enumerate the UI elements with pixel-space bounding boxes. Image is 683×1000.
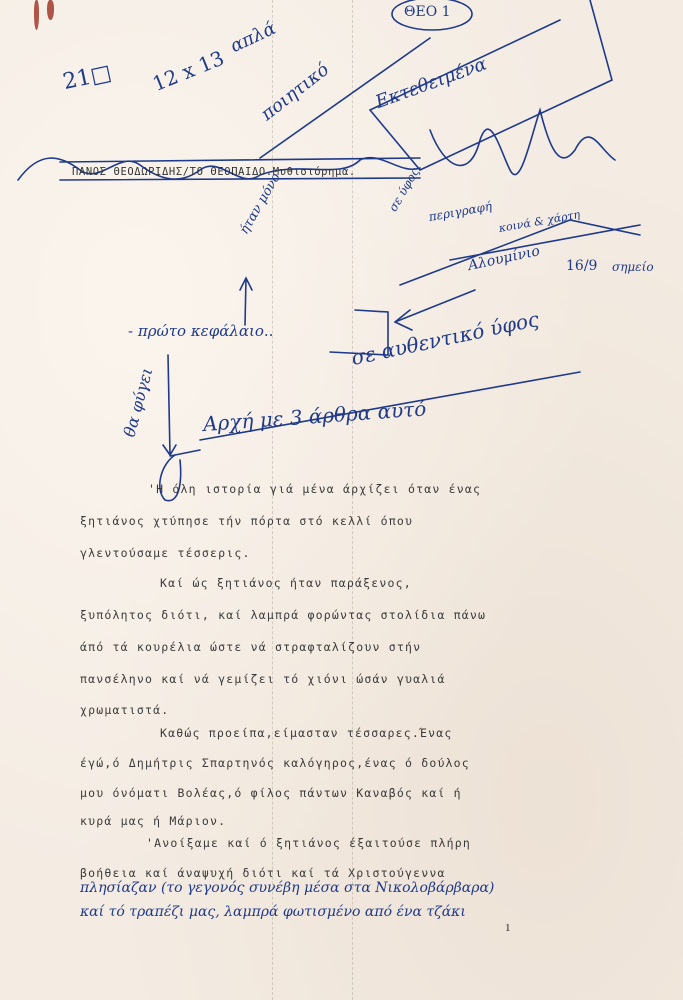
typed-line: ξυπόλητος διότι, καί λαμπρά φορώντας στο… <box>80 608 510 622</box>
margin-note: περιγραφή <box>428 199 493 224</box>
typed-line: άπό τά κουρέλια ώστε νά στραφταλίζουν στ… <box>80 640 510 654</box>
page-count-note: 21□ <box>61 60 114 95</box>
vertical-note: θα φύγει <box>120 366 157 439</box>
typed-line: κυρά μας ή Μάριον. <box>80 814 510 828</box>
typed-line: 'Ανοίξαμε καί ό ξητιάνος έξαιτούσε πλήρη <box>146 836 576 850</box>
typed-line: πανσέληνο καί νά γεμίζει τό χιόνι ώσάν γ… <box>80 672 510 686</box>
typed-line: Καθώς προείπα,είμασταν τέσσαρες.Ένας <box>160 726 590 740</box>
page-number: 1 <box>505 922 511 934</box>
fold-line <box>272 0 273 1000</box>
typed-line: χρωματιστά. <box>80 703 510 717</box>
dimensions-note: 12 x 13 <box>149 46 227 96</box>
handwritten-line: πλησίαζαν (το γεγονός συνέβη μέσα στα Νι… <box>80 880 494 896</box>
typed-line: έγώ,ό Δημήτρις Σπαρτηνός καλόγηρος,ένας … <box>80 756 510 770</box>
margin-date: 16/9 <box>566 258 597 274</box>
typed-line: γλεντούσαμε τέσσερις. <box>80 546 510 560</box>
typed-line: ξητιάνος χτύπησε τήν πόρτα στό κελλί όπο… <box>80 514 510 528</box>
circled-code: ΘΕΟ 1 <box>404 4 451 20</box>
handwritten-line: καί τό τραπέζι μας, λαμπρά φωτισμένο από… <box>80 904 466 920</box>
ink-stain <box>34 0 39 30</box>
manuscript-page: ΘΕΟ 1 21□ 12 x 13 απλά ποιητικό Εκτεθειμ… <box>0 0 683 1000</box>
chapter-note: - πρώτο κεφάλαιο.. <box>128 322 273 340</box>
handwritten-strokes <box>0 0 683 1000</box>
poetic-note: ποιητικό <box>257 59 333 125</box>
arrow-up-note: ήταν μόνο <box>237 171 284 237</box>
boxed-scribble: Εκτεθειμένα <box>373 53 490 113</box>
fold-line <box>352 0 353 1000</box>
margin-note: Αλουμίνιο <box>467 243 542 274</box>
style-note: σε αυθεντικό ύφος <box>349 307 541 370</box>
ink-stain <box>47 0 54 20</box>
margin-note: κοινά & χάρτη <box>498 208 581 235</box>
margin-note: σε ύφος <box>386 165 422 214</box>
beginning-note: Αρχή με 3 άρθρα αυτό <box>202 396 427 436</box>
typed-line: μου όνόματι Βολέας,ό φίλος πάντων Καναβό… <box>80 786 510 800</box>
typed-line: βοήθεια καί άναψυχή διότι καί τά Χριστού… <box>80 866 510 880</box>
typed-line: Καί ώς ξητιάνος ήταν παράξενος, <box>160 576 590 590</box>
typed-title: ΠΑΝΟΣ ΘΕΟΔΩΡΙΔΗΣ/ΤΟ ΘΕΟΠΑΙΔΟ.Μυθιστόρημα… <box>72 166 356 178</box>
typed-line: 'Η όλη ιστορία γιά μένα άρχίζει όταν ένα… <box>148 482 578 496</box>
margin-note: σημείο <box>612 260 654 274</box>
